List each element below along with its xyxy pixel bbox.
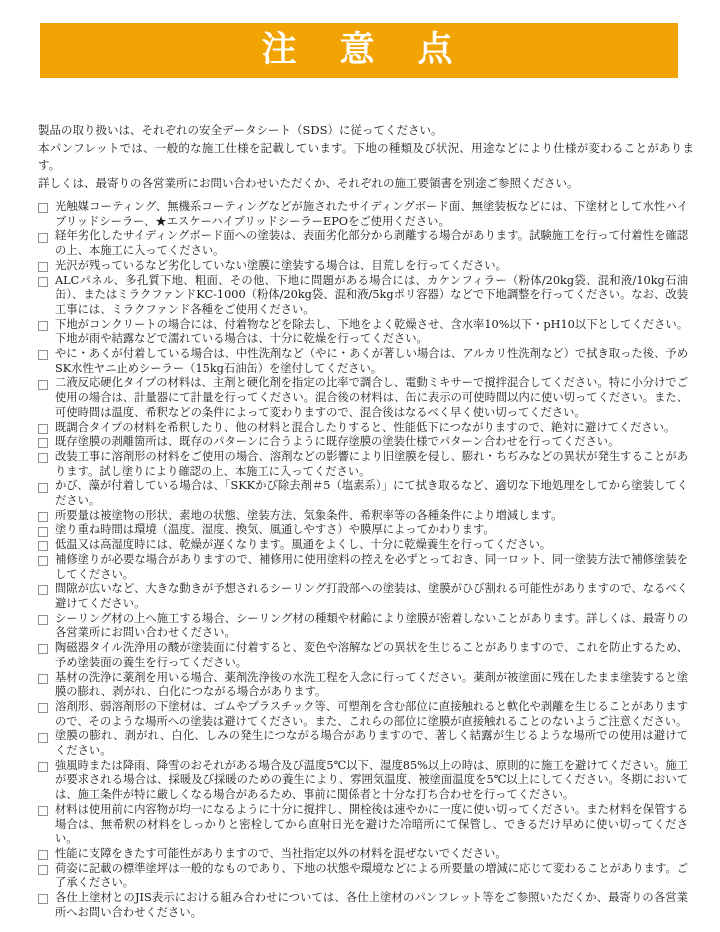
notice-item-text: シーリング材の上へ施工する場合、シーリング材の種類や材齢により塗膜が密着しないこ…	[55, 612, 688, 640]
notice-item: 各仕上塗材とのJIS表示における組み合わせについては、各仕上塗材のパンフレット等…	[38, 891, 688, 920]
notice-item-text: 二液反応硬化タイプの材料は、主剤と硬化剤を指定の比率で調合し、電動ミキサーで撹拌…	[55, 376, 688, 418]
checkbox-icon	[38, 233, 48, 243]
checkbox-icon	[38, 321, 48, 331]
intro-paragraph: 製品の取り扱いは、それぞれの安全データシート（SDS）に従ってください。 本パン…	[38, 122, 694, 192]
notice-item-text: かび、藻が付着している場合は、「SKKかび除去剤＃5（塩素系）」にて拭き取るなど…	[55, 479, 688, 507]
checkbox-icon	[38, 615, 48, 625]
notice-item: 既調合タイプの材料を希釈したり、他の材料と混合したりすると、性能低下につながりま…	[38, 421, 688, 436]
notice-item: 陶磁器タイル洗浄用の酸が塗装面に付着すると、変色や溶解などの異状を生じることがあ…	[38, 641, 688, 670]
notice-item-text: ALCパネル、多孔質下地、粗面、その他、下地に問題がある場合には、カケンフィラー…	[55, 274, 688, 316]
notice-item-text: 既調合タイプの材料を希釈したり、他の材料と混合したりすると、性能低下につながりま…	[55, 421, 675, 434]
notice-item-text: 補修塗りが必要な場合がありますので、補修用に使用塗料の控えを必ずとっておき、同一…	[55, 553, 688, 581]
checkbox-icon	[38, 733, 48, 743]
notice-item-text: 塗り重ね時間は環境（温度、湿度、換気、風通しやすさ）や膜厚によってかわります。	[55, 523, 495, 536]
notice-item-text: 材料は使用前に内容物が均一になるように十分に撹拌し、開栓後は速やかに一度に使い切…	[55, 803, 688, 845]
checkbox-icon	[38, 424, 48, 434]
checkbox-icon	[38, 850, 48, 860]
notice-item-text: 低温又は高湿度時には、乾燥が遅くなります。風通をよくし、十分に乾燥養生を行ってく…	[55, 538, 551, 551]
checkbox-icon	[38, 350, 48, 360]
checkbox-icon	[38, 644, 48, 654]
notice-item: 間隙が広いなど、大きな動きが予想されるシーリング打設部への塗装は、塗膜がひび割れ…	[38, 582, 688, 611]
checkbox-icon	[38, 380, 48, 390]
notice-item-text: 溶剤形、弱溶剤形の下塗材は、ゴムやプラスチック等、可塑剤を含む部位に直接触れると…	[55, 700, 688, 728]
checkbox-icon	[38, 762, 48, 772]
notice-item: 低温又は高湿度時には、乾燥が遅くなります。風通をよくし、十分に乾燥養生を行ってく…	[38, 538, 688, 553]
notice-item-text: 荷姿に記載の標準塗坪は一般的なものであり、下地の状態や環境などによる所要量の増減…	[55, 862, 688, 890]
notice-item: 塗り重ね時間は環境（温度、湿度、換気、風通しやすさ）や膜厚によってかわります。	[38, 523, 688, 538]
checkbox-icon	[38, 894, 48, 904]
checkbox-icon	[38, 806, 48, 816]
notice-item: 塗膜の膨れ、剥がれ、白化、しみの発生につながる場合がありますので、著しく結露が生…	[38, 729, 688, 758]
checkbox-icon	[38, 527, 48, 537]
notice-item-text: 基材の洗浄に薬剤を用いる場合、薬剤洗浄後の水洗工程を入念に行ってください。薬剤が…	[55, 671, 688, 699]
notice-item: 光沢が残っているなど劣化していない塗膜に塗装する場合は、目荒しを行ってください。	[38, 259, 688, 274]
notice-item: 光触媒コーティング、無機系コーティングなどが施されたサイディングボード面、無塗装…	[38, 200, 688, 229]
checkbox-icon	[38, 277, 48, 287]
notice-item-text: 各仕上塗材とのJIS表示における組み合わせについては、各仕上塗材のパンフレット等…	[55, 891, 688, 919]
checkbox-icon	[38, 541, 48, 551]
notice-item-text: 下地がコンクリートの場合には、付着物などを除去し、下地をよく乾燥させ、含水率10…	[55, 318, 688, 346]
notice-item-text: 陶磁器タイル洗浄用の酸が塗装面に付着すると、変色や溶解などの異状を生じることがあ…	[55, 641, 688, 669]
notice-item-text: 既存塗膜の剥離箇所は、既存のパターンに合うように既存塗膜の塗装仕様でパターン合わ…	[55, 435, 619, 448]
checkbox-icon	[38, 674, 48, 684]
notice-item: 改装工事に溶剤形の材料をご使用の場合、溶剤などの影響により旧塗膜を侵し、膨れ・ち…	[38, 450, 688, 479]
document-page: 注 意 点 製品の取り扱いは、それぞれの安全データシート（SDS）に従ってくださ…	[0, 0, 720, 932]
intro-line: 詳しくは、最寄りの各営業所にお問い合わせいただくか、それぞれの施工要領書を別途ご…	[38, 175, 694, 193]
page-title: 注 意 点	[261, 33, 456, 68]
checkbox-icon	[38, 453, 48, 463]
notice-item: 性能に支障をきたす可能性がありますので、当社指定以外の材料を混ぜないでください。	[38, 847, 688, 862]
notice-item-text: 間隙が広いなど、大きな動きが予想されるシーリング打設部への塗装は、塗膜がひび割れ…	[55, 582, 688, 610]
checkbox-icon	[38, 203, 48, 213]
notice-item: 溶剤形、弱溶剤形の下塗材は、ゴムやプラスチック等、可塑剤を含む部位に直接触れると…	[38, 700, 688, 729]
notice-item: 既存塗膜の剥離箇所は、既存のパターンに合うように既存塗膜の塗装仕様でパターン合わ…	[38, 435, 688, 450]
notice-item-text: 塗膜の膨れ、剥がれ、白化、しみの発生につながる場合がありますので、著しく結露が生…	[55, 729, 688, 757]
notice-item: 強風時または降雨、降雪のおそれがある場合及び温度5℃以下、湿度85%以上の時は、…	[38, 759, 688, 803]
checkbox-icon	[38, 262, 48, 272]
notice-item: 荷姿に記載の標準塗坪は一般的なものであり、下地の状態や環境などによる所要量の増減…	[38, 862, 688, 891]
notice-item: 経年劣化したサイディングボード面への塗装は、表面劣化部分から剥離する場合がありま…	[38, 229, 688, 258]
notice-item-text: 所要量は被塗物の形状、素地の状態、塗装方法、気象条件、希釈率等の各種条件により増…	[55, 509, 562, 522]
notice-item-text: 光触媒コーティング、無機系コーティングなどが施されたサイディングボード面、無塗装…	[55, 200, 688, 228]
checkbox-icon	[38, 438, 48, 448]
intro-line: 製品の取り扱いは、それぞれの安全データシート（SDS）に従ってください。	[38, 122, 694, 140]
notice-item: 材料は使用前に内容物が均一になるように十分に撹拌し、開栓後は速やかに一度に使い切…	[38, 803, 688, 847]
notice-item-text: 強風時または降雨、降雪のおそれがある場合及び温度5℃以下、湿度85%以上の時は、…	[55, 759, 688, 801]
notice-item-text: やに・あくが付着している場合は、中性洗剤など（やに・あくが著しい場合は、アルカリ…	[55, 347, 688, 375]
title-banner: 注 意 点	[40, 23, 678, 78]
notice-item: 二液反応硬化タイプの材料は、主剤と硬化剤を指定の比率で調合し、電動ミキサーで撹拌…	[38, 376, 688, 420]
notice-item-text: 改装工事に溶剤形の材料をご使用の場合、溶剤などの影響により旧塗膜を侵し、膨れ・ち…	[55, 450, 688, 478]
checkbox-icon	[38, 556, 48, 566]
checkbox-icon	[38, 865, 48, 875]
notice-item: やに・あくが付着している場合は、中性洗剤など（やに・あくが著しい場合は、アルカリ…	[38, 347, 688, 376]
checkbox-icon	[38, 512, 48, 522]
notice-item-text: 性能に支障をきたす可能性がありますので、当社指定以外の材料を混ぜないでください。	[55, 847, 507, 860]
notice-item-text: 経年劣化したサイディングボード面への塗装は、表面劣化部分から剥離する場合がありま…	[55, 229, 688, 257]
intro-line: 本パンフレットでは、一般的な施工仕様を記載しています。下地の種類及び状況、用途な…	[38, 140, 694, 175]
notice-item: 補修塗りが必要な場合がありますので、補修用に使用塗料の控えを必ずとっておき、同一…	[38, 553, 688, 582]
notice-item: 所要量は被塗物の形状、素地の状態、塗装方法、気象条件、希釈率等の各種条件により増…	[38, 509, 688, 524]
notice-item: ALCパネル、多孔質下地、粗面、その他、下地に問題がある場合には、カケンフィラー…	[38, 274, 688, 318]
notice-item-text: 光沢が残っているなど劣化していない塗膜に塗装する場合は、目荒しを行ってください。	[55, 259, 507, 272]
notice-item: 下地がコンクリートの場合には、付着物などを除去し、下地をよく乾燥させ、含水率10…	[38, 318, 688, 347]
notice-item: 基材の洗浄に薬剤を用いる場合、薬剤洗浄後の水洗工程を入念に行ってください。薬剤が…	[38, 671, 688, 700]
notice-item: シーリング材の上へ施工する場合、シーリング材の種類や材齢により塗膜が密着しないこ…	[38, 612, 688, 641]
checkbox-icon	[38, 585, 48, 595]
checkbox-icon	[38, 703, 48, 713]
notice-item: かび、藻が付着している場合は、「SKKかび除去剤＃5（塩素系）」にて拭き取るなど…	[38, 479, 688, 508]
notice-list: 光触媒コーティング、無機系コーティングなどが施されたサイディングボード面、無塗装…	[38, 200, 688, 920]
checkbox-icon	[38, 483, 48, 493]
